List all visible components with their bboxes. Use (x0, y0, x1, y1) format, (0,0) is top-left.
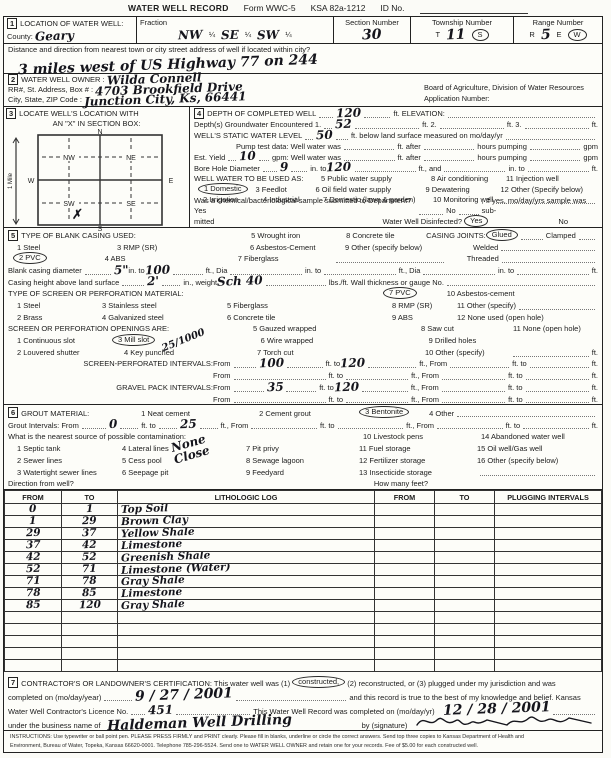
log-cell (5, 660, 62, 672)
option-label: 14 Abandoned water well (481, 432, 565, 442)
range-value: 5 (541, 28, 551, 42)
log-cell (118, 648, 375, 660)
openings-title: SCREEN OR PERFORATION OPENINGS ARE: (8, 324, 253, 334)
option-label: 9 Other (specify below) (345, 243, 455, 253)
contamination-row-1: 10 Livestock pens14 Abandoned water well (363, 432, 565, 442)
option-label: 9 Feedyard (246, 468, 359, 478)
log-cell: 37 (62, 528, 118, 540)
screen-material-title: TYPE OF SCREEN OR PERFORATION MATERIAL: (8, 289, 383, 299)
fraction-3: SW (257, 29, 280, 42)
gravel-ft-to-2: ft. to (508, 383, 523, 393)
section-number-cell: Section Number 30 (334, 17, 411, 43)
log-cell: Brown Clay (118, 516, 375, 528)
log-cell (435, 504, 495, 516)
gravel-intervals-label: GRAVEL PACK INTERVALS: (8, 383, 213, 393)
log-cell (375, 648, 435, 660)
log-cell (495, 516, 602, 528)
option-label: 7 Fiberglass (238, 254, 333, 264)
log-empty-row (5, 636, 602, 648)
log-cell (5, 636, 62, 648)
county-value: Geary (35, 30, 74, 43)
grout-ft-from-2: ft., From (406, 421, 434, 431)
option-label: 15 Oil well/Gas well (477, 444, 542, 454)
option-label: 3 Watertight sewer lines (17, 468, 122, 478)
owner-address-label: RR#, St. Address, Box # : (8, 85, 93, 95)
option-label: 5 Gauzed wrapped (253, 324, 421, 334)
log-header-plugging: PLUGGING INTERVALS (495, 491, 602, 504)
perf-ft-to: ft. to (326, 359, 341, 369)
log-cell (495, 600, 602, 612)
perf-from-label: From (213, 359, 231, 369)
option-label: 5 Public water supply (321, 174, 431, 184)
casing-height-label: Casing height above land surface (8, 278, 119, 288)
section-box-diagram: NW NE SW SE N S W E 1 Mile ✗ (6, 129, 184, 231)
joints-threaded: Threaded (467, 254, 499, 264)
casing-diameter-value: 5" (114, 263, 129, 276)
section-box-panel: 3LOCATE WELL'S LOCATION WITH AN "X" IN S… (4, 107, 190, 227)
openings-row-1: 5 Gauzed wrapped8 Saw cut11 None (open h… (253, 324, 581, 334)
log-cell (5, 612, 62, 624)
casing-pvc-circled: 2 PVC (13, 252, 47, 264)
use-as-label: WELL WATER TO BE USED AS: (194, 174, 321, 184)
log-cell: Greenish Shale (118, 552, 375, 564)
gravel-ft-to: ft. to (319, 383, 334, 393)
casing-height-value: 2' (147, 275, 159, 287)
section6-number: 6 (8, 407, 18, 418)
grout-title: GROUT MATERIAL: (21, 409, 141, 419)
disinfected-label: Water Well Disinfected? (382, 217, 462, 227)
log-cell (495, 528, 602, 540)
groundwater-ft: ft. (592, 120, 598, 130)
static-level-after: ft. below land surface measured on mo/da… (351, 131, 503, 141)
gravel-from-value: 35 (266, 380, 283, 393)
log-cell (435, 636, 495, 648)
log-cell: 120 (62, 600, 118, 612)
option-label: 5 Fiberglass (227, 301, 392, 311)
log-cell: Limestone (118, 588, 375, 600)
grout-ft-from: ft., From (221, 421, 249, 431)
fraction-1: NW (178, 29, 203, 42)
quarter-2: ¼ (245, 30, 251, 40)
section5-number: 5 (8, 230, 18, 241)
well-depth-panel: 4 DEPTH OF COMPLETED WELL 120 ft. ELEVAT… (190, 107, 602, 227)
log-cell (435, 564, 495, 576)
disinfected-yes-circled: Yes (464, 215, 488, 227)
log-cell (118, 660, 375, 672)
yield-value: 10 (239, 150, 256, 163)
log-row: 85120Gray Shale (5, 600, 602, 612)
quarter-1: ¼ (209, 30, 215, 40)
log-empty-row (5, 648, 602, 660)
grout-section: 6 GROUT MATERIAL: 1 Neat cement 2 Cement… (4, 405, 602, 490)
log-cell (495, 624, 602, 636)
lithologic-log-table: FROM TO LITHOLOGIC LOG FROM TO PLUGGING … (4, 490, 602, 672)
township-prefix: T (435, 30, 440, 40)
groundwater-1-value: 52 (335, 118, 352, 131)
diam-in-to: in. to (128, 266, 144, 276)
section3-4: 3LOCATE WELL'S LOCATION WITH AN "X" IN S… (4, 107, 602, 228)
board-label: Board of Agriculture, Division of Water … (424, 83, 584, 94)
log-cell (495, 564, 602, 576)
contamination-row-4: 3 Watertight sewer lines6 Seepage pit9 F… (17, 468, 477, 478)
log-row: 5271Limestone (Water) (5, 564, 602, 576)
form-ksa: KSA 82a-1212 (311, 3, 366, 14)
constructed-circled: constructed, (292, 676, 345, 688)
option-label: 3 Stainless steel (102, 301, 227, 311)
log-cell (375, 516, 435, 528)
option-label: 1 Steel (17, 243, 117, 253)
log-cell (118, 636, 375, 648)
log-cell: Limestone (118, 540, 375, 552)
option-label: 10 Livestock pens (363, 432, 481, 442)
quadrant-nw-label: NW (63, 155, 75, 162)
option-label: 6 Oil field water supply (316, 185, 426, 195)
gravel-ft-from: ft., From (411, 383, 439, 393)
log-row: 4252Greenish Shale (5, 552, 602, 564)
bore-ft: ft. (592, 164, 598, 174)
joints-clamped: Clamped (546, 231, 576, 241)
log-cell (495, 648, 602, 660)
sample-tail: ; If yes, mo/day/yrs sample was sub- (482, 196, 598, 216)
bore-after: ft., and (419, 164, 442, 174)
log-row: 7885Limestone (5, 588, 602, 600)
log-cell (495, 540, 602, 552)
section2-number: 2 (8, 74, 18, 85)
yield-label: Est. Yield (194, 153, 225, 163)
range-cell: Range Number R 5 E W (514, 17, 602, 43)
log-cell (375, 624, 435, 636)
water-well-record-scan: WATER WELL RECORD Form WWC-5 KSA 82a-121… (0, 0, 611, 758)
log-header-from-2: FROM (375, 491, 435, 504)
log-cell: 85 (62, 588, 118, 600)
owner-city-label: City, State, ZIP Code : (8, 95, 82, 105)
fraction-cell: Fraction NW¼ SE¼ SW¼ (137, 17, 334, 43)
log-header-to-2: TO (435, 491, 495, 504)
joints-welded: Welded (473, 243, 498, 253)
log-cell (375, 540, 435, 552)
perf2-ft-from: ft., From (411, 371, 439, 381)
contamination-row-2: 1 Septic tank4 Lateral lines7 Pit privy1… (17, 444, 542, 454)
range-east: E (557, 30, 562, 40)
option-label: 8 Air conditioning (431, 174, 506, 184)
option-label: 12 Fertilizer storage (359, 456, 477, 466)
grout-ft-to: ft. to (141, 421, 156, 431)
option-label: 6 Concrete tile (227, 313, 392, 323)
casing-section: 5 TYPE OF BLANK CASING USED: 5 Wrought i… (4, 228, 602, 405)
grout-opt-2: 2 Cement grout (259, 409, 359, 419)
log-cell: 37 (5, 540, 62, 552)
option-label: 6 Asbestos-Cement (250, 243, 345, 253)
log-cell (435, 540, 495, 552)
owner-section: 2 WATER WELL OWNER : Wilda Connell RR#, … (4, 74, 602, 107)
bore-label: Bore Hole Diameter (194, 164, 260, 174)
log-cell: 71 (5, 576, 62, 588)
option-label: 6 Wire wrapped (261, 336, 429, 346)
grout-opt-1: 1 Neat cement (141, 409, 259, 419)
section4-number: 4 (194, 108, 204, 119)
log-cell (118, 612, 375, 624)
township-cell: Township Number T 11 S (411, 17, 514, 43)
perf2-ft-to-2: ft. to (508, 371, 523, 381)
instructions-line-1: INSTRUCTIONS: Use typewriter or ball poi… (10, 733, 596, 741)
grout-ft-to-2: ft. to (320, 421, 335, 431)
log-cell: 52 (5, 564, 62, 576)
option-label: 11 None (open hole) (513, 324, 581, 334)
groundwater-2-label: ft. 2. (422, 120, 437, 130)
log-cell (495, 636, 602, 648)
log-header-row: FROM TO LITHOLOGIC LOG FROM TO PLUGGING … (5, 491, 602, 504)
option-label: 12 None used (open hole) (457, 313, 544, 323)
application-number-label: Application Number: (424, 94, 584, 105)
contamination-row-3: 2 Sewer lines5 Cess pool8 Sewage lagoon1… (17, 456, 558, 466)
log-empty-row (5, 660, 602, 672)
north-label: N (97, 129, 102, 136)
log-cell (435, 648, 495, 660)
option-label: 1 Steel (17, 301, 102, 311)
gravel-ft: ft. (592, 383, 598, 393)
log-cell (435, 660, 495, 672)
option-label: 6 Seepage pit (122, 468, 246, 478)
option-label: 11 Injection well (506, 174, 559, 184)
height-after: lbs./ft. Wall thickness or gauge No. (329, 278, 444, 288)
sample-question: Was a chemical/bacteriological sample su… (194, 196, 416, 216)
certification-text-2: (2) reconstructed, or (3) plugged under … (347, 679, 555, 689)
yield-gpm-label: gpm (583, 153, 598, 163)
gravel2-ft-to: ft. to (329, 395, 344, 405)
east-label: E (169, 178, 174, 185)
log-cell (435, 552, 495, 564)
screen-row-3: 2 Brass4 Galvanized steel6 Concrete tile… (17, 313, 544, 323)
diam-ft-dia-2: ft., Dia (399, 266, 421, 276)
gravel2-ft: ft. (592, 395, 598, 405)
log-header-from: FROM (5, 491, 62, 504)
option-label: 10 Other (specify) (425, 348, 510, 358)
direction-label: Direction from well? (8, 479, 74, 489)
form-title: WATER WELL RECORD (128, 3, 229, 14)
certification-section: 7 CONTRACTOR'S OR LANDOWNER'S CERTIFICAT… (4, 672, 602, 730)
log-cell (495, 588, 602, 600)
id-blank-line (420, 4, 528, 14)
option-label: 2 Brass (17, 313, 102, 323)
option-label: 11 Fuel storage (359, 444, 477, 454)
log-cell: 29 (5, 528, 62, 540)
county-label: County: (7, 32, 33, 42)
gravel2-from-label: From (213, 395, 231, 405)
log-empty-row (5, 612, 602, 624)
option-label: 3 RMP (SR) (117, 243, 250, 253)
log-row: 7178Gray Shale (5, 576, 602, 588)
log-row: 129Brown Clay (5, 516, 602, 528)
casing-joints-label: CASING JOINTS: (426, 231, 486, 241)
grout-from-value: 0 (109, 418, 118, 430)
perf-ft-from: ft., From (419, 359, 447, 369)
completed-on-label: completed on (mo/day/year) (8, 693, 101, 703)
static-level-label: WELL'S STATIC WATER LEVEL (194, 131, 302, 141)
log-cell (435, 612, 495, 624)
use-row-1: 5 Public water supply8 Air conditioning1… (321, 174, 559, 184)
log-cell (375, 564, 435, 576)
record-date-value: 12 / 28 / 2001 (442, 700, 550, 718)
log-header-to: TO (62, 491, 118, 504)
section-number-value: 30 (362, 28, 382, 43)
township-direction-circled: S (472, 29, 489, 41)
form-body: 1LOCATION OF WATER WELL: County: Geary F… (3, 16, 603, 753)
depth-completed-label: DEPTH OF COMPLETED WELL (207, 109, 316, 119)
business-name-label: under the business name of (8, 721, 101, 731)
groundwater-3-label: ft. 3. (507, 120, 522, 130)
quadrant-ne-label: NE (126, 155, 136, 162)
form-header: WATER WELL RECORD Form WWC-5 KSA 82a-121… (128, 3, 528, 14)
log-empty-row (5, 624, 602, 636)
sample-tail-2: mitted (194, 217, 214, 227)
bore-in-to-2: in. to (508, 164, 524, 174)
log-cell: 85 (5, 600, 62, 612)
log-row: 01Top Soil (5, 504, 602, 516)
licence-value: 451 (148, 704, 173, 717)
screen-pvc-circled: 7 PVC (383, 287, 417, 299)
bore-in-to: in. to (310, 164, 326, 174)
licence-label: Water Well Contractor's Licence No. (8, 707, 128, 717)
log-cell (375, 600, 435, 612)
gravel2-ft-to-2: ft. to (508, 395, 523, 405)
log-cell (435, 624, 495, 636)
well-x-mark: ✗ (70, 206, 83, 221)
yield-hours-label: hours pumping (477, 153, 527, 163)
section1-number: 1 (7, 18, 17, 29)
use-row-2: 3 Feedlot6 Oil field water supply9 Dewat… (256, 185, 584, 195)
completed-date-value: 9 / 27 / 2001 (135, 687, 233, 704)
pump-ft-after: ft. after (397, 142, 420, 152)
log-cell (375, 660, 435, 672)
bore-depth-value: 120 (326, 161, 351, 174)
grout-ft: ft. (592, 421, 598, 431)
one-mile-label: 1 Mile (8, 172, 14, 189)
diam-in-to-3: in. to (498, 266, 514, 276)
log-cell: Gray Shale (118, 576, 375, 588)
instructions-footer: INSTRUCTIONS: Use typewriter or ball poi… (4, 730, 602, 752)
log-cell (375, 636, 435, 648)
openings-row-2: 6 Wire wrapped9 Drilled holes (261, 336, 477, 346)
log-cell (435, 588, 495, 600)
log-row: 3742Limestone (5, 540, 602, 552)
fraction-label: Fraction (140, 18, 330, 28)
perf-from-value: 100 (258, 357, 283, 370)
option-label: 8 Saw cut (421, 324, 513, 334)
casing-row-3: 4 ABS7 Fiberglass (105, 254, 333, 264)
log-cell (495, 576, 602, 588)
elevation-label: ft. ELEVATION: (393, 109, 444, 119)
yield-ft-after: ft. after (398, 153, 421, 163)
log-cell (5, 648, 62, 660)
diam-ft: ft. (592, 266, 598, 276)
casing-title: TYPE OF BLANK CASING USED: (21, 231, 251, 241)
form-id-label: ID No. (380, 3, 404, 14)
log-cell (495, 612, 602, 624)
log-cell (62, 648, 118, 660)
gravel-to-value: 120 (334, 380, 359, 393)
gravel-from-label: From (213, 383, 231, 393)
grout-other: 4 Other (429, 409, 454, 419)
form-number: Form WWC-5 (244, 3, 296, 14)
screen-asbestos: 10 Asbestos-cement (447, 289, 515, 299)
option-label: 9 Drilled holes (429, 336, 477, 346)
log-cell: 42 (5, 552, 62, 564)
option-label: 8 RMP (SR) (392, 301, 457, 311)
township-value: 11 (446, 28, 466, 43)
section1-title: LOCATION OF WATER WELL: (20, 19, 123, 28)
grout-to-value: 25 (180, 418, 197, 431)
option-label: 12 Other (Specify below) (501, 185, 584, 195)
range-label: Range Number (517, 18, 599, 28)
option-label: 4 Galvanized steel (102, 313, 227, 323)
perf-ft: ft. (592, 359, 598, 369)
perf2-from-label: From (213, 371, 231, 381)
mill-slot-circled: 3 Mill slot (112, 334, 155, 346)
log-cell (495, 552, 602, 564)
section-location: 1LOCATION OF WATER WELL: County: Geary F… (4, 17, 602, 44)
log-cell (5, 624, 62, 636)
log-cell: Limestone (Water) (118, 564, 375, 576)
pump-hours-label: hours pumping (477, 142, 527, 152)
owner-title: WATER WELL OWNER : (21, 75, 104, 85)
log-cell: Yellow Shale (118, 528, 375, 540)
option-label: 8 Sewage lagoon (246, 456, 359, 466)
static-level-value: 50 (316, 129, 333, 142)
section3-number: 3 (6, 108, 16, 119)
log-cell (435, 600, 495, 612)
section7-number: 7 (8, 677, 18, 688)
log-cell (62, 624, 118, 636)
log-cell: 78 (5, 588, 62, 600)
openings-ft: ft. (592, 348, 598, 358)
range-prefix: R (529, 30, 534, 40)
log-cell: 42 (62, 540, 118, 552)
log-cell: 0 (5, 504, 62, 516)
quarter-3: ¼ (285, 30, 291, 40)
option-label: 16 Other (specify below) (477, 456, 558, 466)
option-label: 3 Feedlot (256, 185, 316, 195)
height-mid: in., weight (183, 278, 217, 288)
by-signature-label: by (signature) (362, 721, 408, 731)
distance-section: Distance and direction from nearest town… (4, 44, 602, 74)
log-cell (495, 504, 602, 516)
log-row: 2937Yellow Shale (5, 528, 602, 540)
joints-glued-circled: Glued (486, 229, 518, 241)
bore-diameter-value: 9 (280, 161, 289, 173)
log-header-lithologic: LITHOLOGIC LOG (118, 491, 375, 504)
quadrant-se-label: SE (126, 201, 136, 208)
option-label: 9 ABS (392, 313, 457, 323)
fraction-2: SE (221, 29, 239, 42)
log-cell (375, 612, 435, 624)
log-cell: 1 (62, 504, 118, 516)
option-label: 1 Septic tank (17, 444, 122, 454)
log-cell (495, 660, 602, 672)
log-cell: Gray Shale (118, 600, 375, 612)
log-cell: 52 (62, 552, 118, 564)
casing-row-1: 5 Wrought iron8 Concrete tile (251, 231, 426, 241)
casing-row-2: 1 Steel3 RMP (SR)6 Asbestos-Cement9 Othe… (17, 243, 455, 253)
option-label: 2 Louvered shutter (17, 348, 124, 358)
groundwater-label: Depth(s) Groundwater Encountered (194, 120, 313, 130)
perf-to-value: 120 (340, 357, 365, 370)
log-cell (62, 636, 118, 648)
perf2-ft: ft. (592, 371, 598, 381)
log-cell (435, 576, 495, 588)
log-cell (375, 588, 435, 600)
log-cell: Top Soil (118, 504, 375, 516)
option-label: 5 Wrought iron (251, 231, 346, 241)
